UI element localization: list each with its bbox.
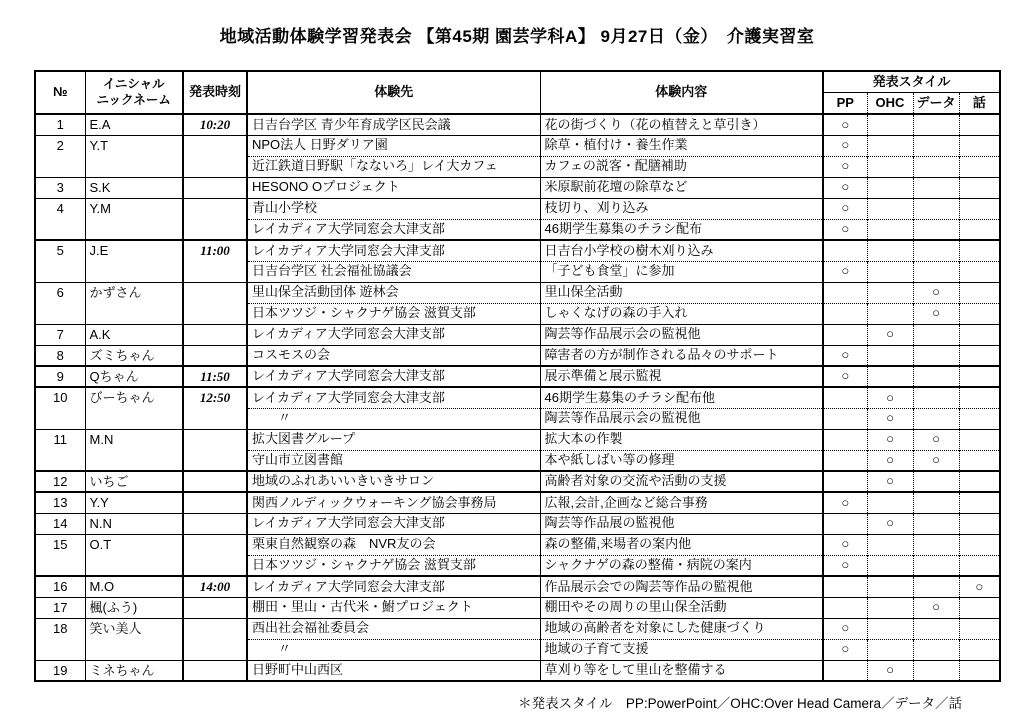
col-header-data: データ [913,93,959,115]
table-row: 7A.Kレイカディア大学同窓会大津支部陶芸等作品展示会の監視他○ [35,324,1000,345]
mark-cell-pp: ○ [823,261,867,282]
place-cell: 拡大図書グループ [247,429,540,450]
time-cell [183,534,247,576]
nickname-cell: E.A [85,114,183,135]
page-title: 地域活動体験学習発表会 【第45期 園芸学科A】 9月27日（金） 介護実習室 [0,22,1034,47]
content-cell: 除草・植付け・養生作業 [540,135,823,156]
schedule-table: № イニシャル ニックネーム 発表時刻 体験先 体験内容 発表スタイル PPOH… [34,70,1001,682]
nickname-cell: M.O [85,576,183,597]
table-row: 17楓(ふう)棚田・里山・古代米・鮒プロジェクト棚田やその周りの里山保全活動○ [35,597,1000,618]
nickname-cell: いちご [85,471,183,492]
mark-cell-data [913,324,959,345]
mark-cell-data [913,198,959,219]
footnote: ＊発表スタイル PP:PowerPoint／OHC:Over Head Came… [518,692,962,712]
mark-cell-ohc [867,114,913,135]
mark-cell-talk [959,198,1000,219]
mark-cell-talk [959,450,1000,471]
nickname-cell: N.N [85,513,183,534]
mark-cell-ohc [867,198,913,219]
col-header-talk: 話 [959,93,1000,115]
mark-cell-talk [959,156,1000,177]
mark-cell-ohc [867,261,913,282]
mark-cell-pp [823,576,867,597]
content-cell: 本や紙しばい等の修理 [540,450,823,471]
place-cell: 守山市立図書館 [247,450,540,471]
nickname-cell: 笑い美人 [85,618,183,660]
mark-cell-pp: ○ [823,366,867,387]
mark-cell-pp: ○ [823,135,867,156]
mark-cell-data [913,471,959,492]
mark-cell-ohc [867,345,913,366]
content-cell: シャクナゲの森の整備・病院の案内 [540,555,823,576]
mark-cell-talk [959,387,1000,408]
no-cell: 19 [35,660,85,681]
no-cell: 4 [35,198,85,240]
mark-cell-pp: ○ [823,555,867,576]
no-cell: 18 [35,618,85,660]
place-cell: 日本ツツジ・シャクナゲ協会 滋賀支部 [247,303,540,324]
nickname-cell: ズミちゃん [85,345,183,366]
mark-cell-talk [959,303,1000,324]
time-cell [183,345,247,366]
time-cell [183,135,247,177]
place-cell: レイカディア大学同窓会大津支部 [247,240,540,261]
nickname-cell: Y.Y [85,492,183,513]
mark-cell-pp [823,513,867,534]
time-cell: 12:50 [183,387,247,429]
content-cell: 拡大本の作製 [540,429,823,450]
table-row: 12いちご地域のふれあいいきいきサロン高齢者対象の交流や活動の支援○ [35,471,1000,492]
content-cell: 高齢者対象の交流や活動の支援 [540,471,823,492]
mark-cell-data [913,177,959,198]
col-header-nickname-line1: イニシャル [86,77,183,93]
mark-cell-data [913,408,959,429]
no-cell: 13 [35,492,85,513]
nickname-cell: Y.T [85,135,183,177]
content-cell: 日吉台小学校の樹木刈り込み [540,240,823,261]
mark-cell-pp: ○ [823,534,867,555]
mark-cell-data: ○ [913,282,959,303]
mark-cell-pp [823,471,867,492]
nickname-cell: 楓(ふう) [85,597,183,618]
mark-cell-ohc [867,576,913,597]
content-cell: 里山保全活動 [540,282,823,303]
mark-cell-data [913,576,959,597]
nickname-cell: O.T [85,534,183,576]
no-cell: 15 [35,534,85,576]
mark-cell-talk [959,408,1000,429]
content-cell: 米原駅前花壇の除草など [540,177,823,198]
mark-cell-data [913,135,959,156]
mark-cell-data [913,555,959,576]
mark-cell-data: ○ [913,303,959,324]
time-cell [183,618,247,660]
mark-cell-data [913,261,959,282]
mark-cell-pp: ○ [823,492,867,513]
mark-cell-data [913,387,959,408]
nickname-cell: A.K [85,324,183,345]
content-cell: 陶芸等作品展の監視他 [540,513,823,534]
place-cell: 西出社会福祉委員会 [247,618,540,639]
mark-cell-talk [959,114,1000,135]
mark-cell-talk [959,366,1000,387]
col-header-nickname: イニシャル ニックネーム [85,71,183,114]
content-cell: 広報,会計,企画など総合事務 [540,492,823,513]
content-cell: 地域の高齢者を対象にした健康づくり [540,618,823,639]
col-header-content: 体験内容 [540,71,823,114]
table-row: 15O.T栗東自然観察の森 NVR友の会森の整備,来場者の案内他○ [35,534,1000,555]
mark-cell-talk [959,534,1000,555]
mark-cell-talk [959,513,1000,534]
col-header-pp: PP [823,93,867,115]
mark-cell-ohc [867,534,913,555]
time-cell [183,492,247,513]
mark-cell-ohc [867,135,913,156]
mark-cell-pp [823,597,867,618]
place-cell: レイカディア大学同窓会大津支部 [247,576,540,597]
mark-cell-pp: ○ [823,639,867,660]
content-cell: 陶芸等作品展示会の監視他 [540,408,823,429]
content-cell: 作品展示会での陶芸等作品の監視他 [540,576,823,597]
time-cell: 10:20 [183,114,247,135]
nickname-cell: Qちゃん [85,366,183,387]
no-cell: 14 [35,513,85,534]
content-cell: 枝切り、刈り込み [540,198,823,219]
mark-cell-data [913,156,959,177]
mark-cell-pp [823,660,867,681]
nickname-cell: S.K [85,177,183,198]
place-cell: NPO法人 日野ダリア園 [247,135,540,156]
content-cell: カフェの説客・配膳補助 [540,156,823,177]
mark-cell-talk [959,282,1000,303]
place-cell: 日野町中山西区 [247,660,540,681]
mark-cell-talk [959,471,1000,492]
mark-cell-data [913,345,959,366]
content-cell: 「子ども食堂」に参加 [540,261,823,282]
mark-cell-data [913,639,959,660]
mark-cell-ohc [867,366,913,387]
no-cell: 5 [35,240,85,282]
mark-cell-ohc: ○ [867,513,913,534]
mark-cell-talk [959,240,1000,261]
col-header-no: № [35,71,85,114]
mark-cell-talk [959,324,1000,345]
time-cell [183,177,247,198]
place-cell: レイカディア大学同窓会大津支部 [247,387,540,408]
time-cell [183,198,247,240]
time-cell [183,282,247,324]
mark-cell-data [913,534,959,555]
mark-cell-talk [959,639,1000,660]
mark-cell-talk [959,135,1000,156]
place-cell: 棚田・里山・古代米・鮒プロジェクト [247,597,540,618]
place-cell: 日本ツツジ・シャクナゲ協会 滋賀支部 [247,555,540,576]
time-cell [183,429,247,471]
mark-cell-data [913,219,959,240]
no-cell: 7 [35,324,85,345]
col-header-nickname-line2: ニックネーム [86,93,183,109]
time-cell: 11:00 [183,240,247,282]
content-cell: 陶芸等作品展示会の監視他 [540,324,823,345]
place-cell: 近江鉄道日野駅「なないろ」レイ大カフェ [247,156,540,177]
mark-cell-ohc [867,639,913,660]
no-cell: 11 [35,429,85,471]
table-row: 1E.A10:20日吉台学区 青少年育成学区民会議花の街づくり（花の植替えと草引… [35,114,1000,135]
table-row: 18笑い美人西出社会福祉委員会地域の高齢者を対象にした健康づくり○ [35,618,1000,639]
mark-cell-talk [959,345,1000,366]
no-cell: 12 [35,471,85,492]
table-row: 3S.KHESONO Oプロジェクト米原駅前花壇の除草など○ [35,177,1000,198]
mark-cell-pp: ○ [823,114,867,135]
mark-cell-ohc [867,177,913,198]
no-cell: 1 [35,114,85,135]
no-cell: 3 [35,177,85,198]
place-cell: レイカディア大学同窓会大津支部 [247,513,540,534]
mark-cell-data [913,660,959,681]
mark-cell-ohc: ○ [867,450,913,471]
mark-cell-talk [959,618,1000,639]
mark-cell-pp [823,282,867,303]
content-cell: 46期学生募集のチラシ配布 [540,219,823,240]
table-row: 14N.Nレイカディア大学同窓会大津支部陶芸等作品展の監視他○ [35,513,1000,534]
mark-cell-ohc [867,492,913,513]
table-row: 10びーちゃん12:50レイカディア大学同窓会大津支部46期学生募集のチラシ配布… [35,387,1000,408]
time-cell [183,471,247,492]
table-row: 9Qちゃん11:50レイカディア大学同窓会大津支部展示準備と展示監視○ [35,366,1000,387]
time-cell [183,513,247,534]
mark-cell-pp [823,408,867,429]
mark-cell-data: ○ [913,450,959,471]
mark-cell-ohc: ○ [867,471,913,492]
time-cell [183,660,247,681]
mark-cell-pp [823,450,867,471]
mark-cell-pp [823,303,867,324]
mark-cell-data [913,513,959,534]
mark-cell-ohc: ○ [867,387,913,408]
nickname-cell: J.E [85,240,183,282]
mark-cell-ohc [867,618,913,639]
mark-cell-talk [959,492,1000,513]
mark-cell-data [913,492,959,513]
no-cell: 10 [35,387,85,429]
mark-cell-pp [823,429,867,450]
col-header-ohc: OHC [867,93,913,115]
mark-cell-ohc: ○ [867,660,913,681]
col-header-style-group: 発表スタイル [823,71,1000,93]
place-cell: HESONO Oプロジェクト [247,177,540,198]
nickname-cell: びーちゃん [85,387,183,429]
mark-cell-data [913,618,959,639]
content-cell: 花の街づくり（花の植替えと草引き） [540,114,823,135]
mark-cell-talk [959,660,1000,681]
table-row: 5J.E11:00レイカディア大学同窓会大津支部日吉台小学校の樹木刈り込み [35,240,1000,261]
no-cell: 6 [35,282,85,324]
content-cell: 地域の子育て支援 [540,639,823,660]
no-cell: 2 [35,135,85,177]
place-cell: レイカディア大学同窓会大津支部 [247,324,540,345]
mark-cell-ohc [867,240,913,261]
table-row: 11M.N拡大図書グループ拡大本の作製○○ [35,429,1000,450]
content-cell: しゃくなげの森の手入れ [540,303,823,324]
table-row: 19ミネちゃん日野町中山西区草刈り等をして里山を整備する○ [35,660,1000,681]
no-cell: 17 [35,597,85,618]
mark-cell-data: ○ [913,429,959,450]
mark-cell-talk: ○ [959,576,1000,597]
mark-cell-pp: ○ [823,177,867,198]
mark-cell-ohc: ○ [867,324,913,345]
place-cell: レイカディア大学同窓会大津支部 [247,366,540,387]
table-row: 13Y.Y関西ノルディックウォーキング協会事務局広報,会計,企画など総合事務○ [35,492,1000,513]
nickname-cell: ミネちゃん [85,660,183,681]
mark-cell-talk [959,555,1000,576]
mark-cell-ohc [867,219,913,240]
mark-cell-ohc [867,156,913,177]
table-row: 6かずさん里山保全活動団体 遊林会里山保全活動○ [35,282,1000,303]
content-cell: 草刈り等をして里山を整備する [540,660,823,681]
table-row: 16M.O14:00レイカディア大学同窓会大津支部作品展示会での陶芸等作品の監視… [35,576,1000,597]
mark-cell-pp: ○ [823,618,867,639]
content-cell: 森の整備,来場者の案内他 [540,534,823,555]
mark-cell-ohc [867,282,913,303]
time-cell: 11:50 [183,366,247,387]
nickname-cell: M.N [85,429,183,471]
mark-cell-pp: ○ [823,345,867,366]
place-cell: 里山保全活動団体 遊林会 [247,282,540,303]
col-header-time: 発表時刻 [183,71,247,114]
mark-cell-ohc: ○ [867,429,913,450]
time-cell [183,324,247,345]
mark-cell-pp: ○ [823,219,867,240]
place-cell: 関西ノルディックウォーキング協会事務局 [247,492,540,513]
content-cell: 46期学生募集のチラシ配布他 [540,387,823,408]
place-cell: 栗東自然観察の森 NVR友の会 [247,534,540,555]
mark-cell-pp: ○ [823,198,867,219]
place-cell: 日吉台学区 青少年育成学区民会議 [247,114,540,135]
mark-cell-talk [959,261,1000,282]
table-row: 8ズミちゃんコスモスの会障害者の方が制作される品々のサポート○ [35,345,1000,366]
mark-cell-ohc: ○ [867,408,913,429]
mark-cell-data [913,114,959,135]
place-cell: 地域のふれあいいきいきサロン [247,471,540,492]
place-cell: 日吉台学区 社会福祉協議会 [247,261,540,282]
mark-cell-pp [823,387,867,408]
no-cell: 16 [35,576,85,597]
mark-cell-ohc [867,555,913,576]
place-cell: レイカディア大学同窓会大津支部 [247,219,540,240]
mark-cell-data: ○ [913,597,959,618]
nickname-cell: Y.M [85,198,183,240]
mark-cell-pp [823,324,867,345]
place-cell: 〃 [247,408,540,429]
col-header-place: 体験先 [247,71,540,114]
page: 地域活動体験学習発表会 【第45期 園芸学科A】 9月27日（金） 介護実習室 … [0,0,1034,724]
content-cell: 展示準備と展示監視 [540,366,823,387]
time-cell: 14:00 [183,576,247,597]
mark-cell-talk [959,597,1000,618]
place-cell: コスモスの会 [247,345,540,366]
nickname-cell: かずさん [85,282,183,324]
mark-cell-data [913,240,959,261]
time-cell [183,597,247,618]
no-cell: 9 [35,366,85,387]
place-cell: 〃 [247,639,540,660]
no-cell: 8 [35,345,85,366]
content-cell: 障害者の方が制作される品々のサポート [540,345,823,366]
table-row: 2Y.TNPO法人 日野ダリア園除草・植付け・養生作業○ [35,135,1000,156]
content-cell: 棚田やその周りの里山保全活動 [540,597,823,618]
mark-cell-ohc [867,597,913,618]
mark-cell-pp [823,240,867,261]
mark-cell-talk [959,219,1000,240]
mark-cell-talk [959,177,1000,198]
mark-cell-talk [959,429,1000,450]
mark-cell-data [913,366,959,387]
mark-cell-pp: ○ [823,156,867,177]
table-row: 4Y.M青山小学校枝切り、刈り込み○ [35,198,1000,219]
mark-cell-ohc [867,303,913,324]
place-cell: 青山小学校 [247,198,540,219]
